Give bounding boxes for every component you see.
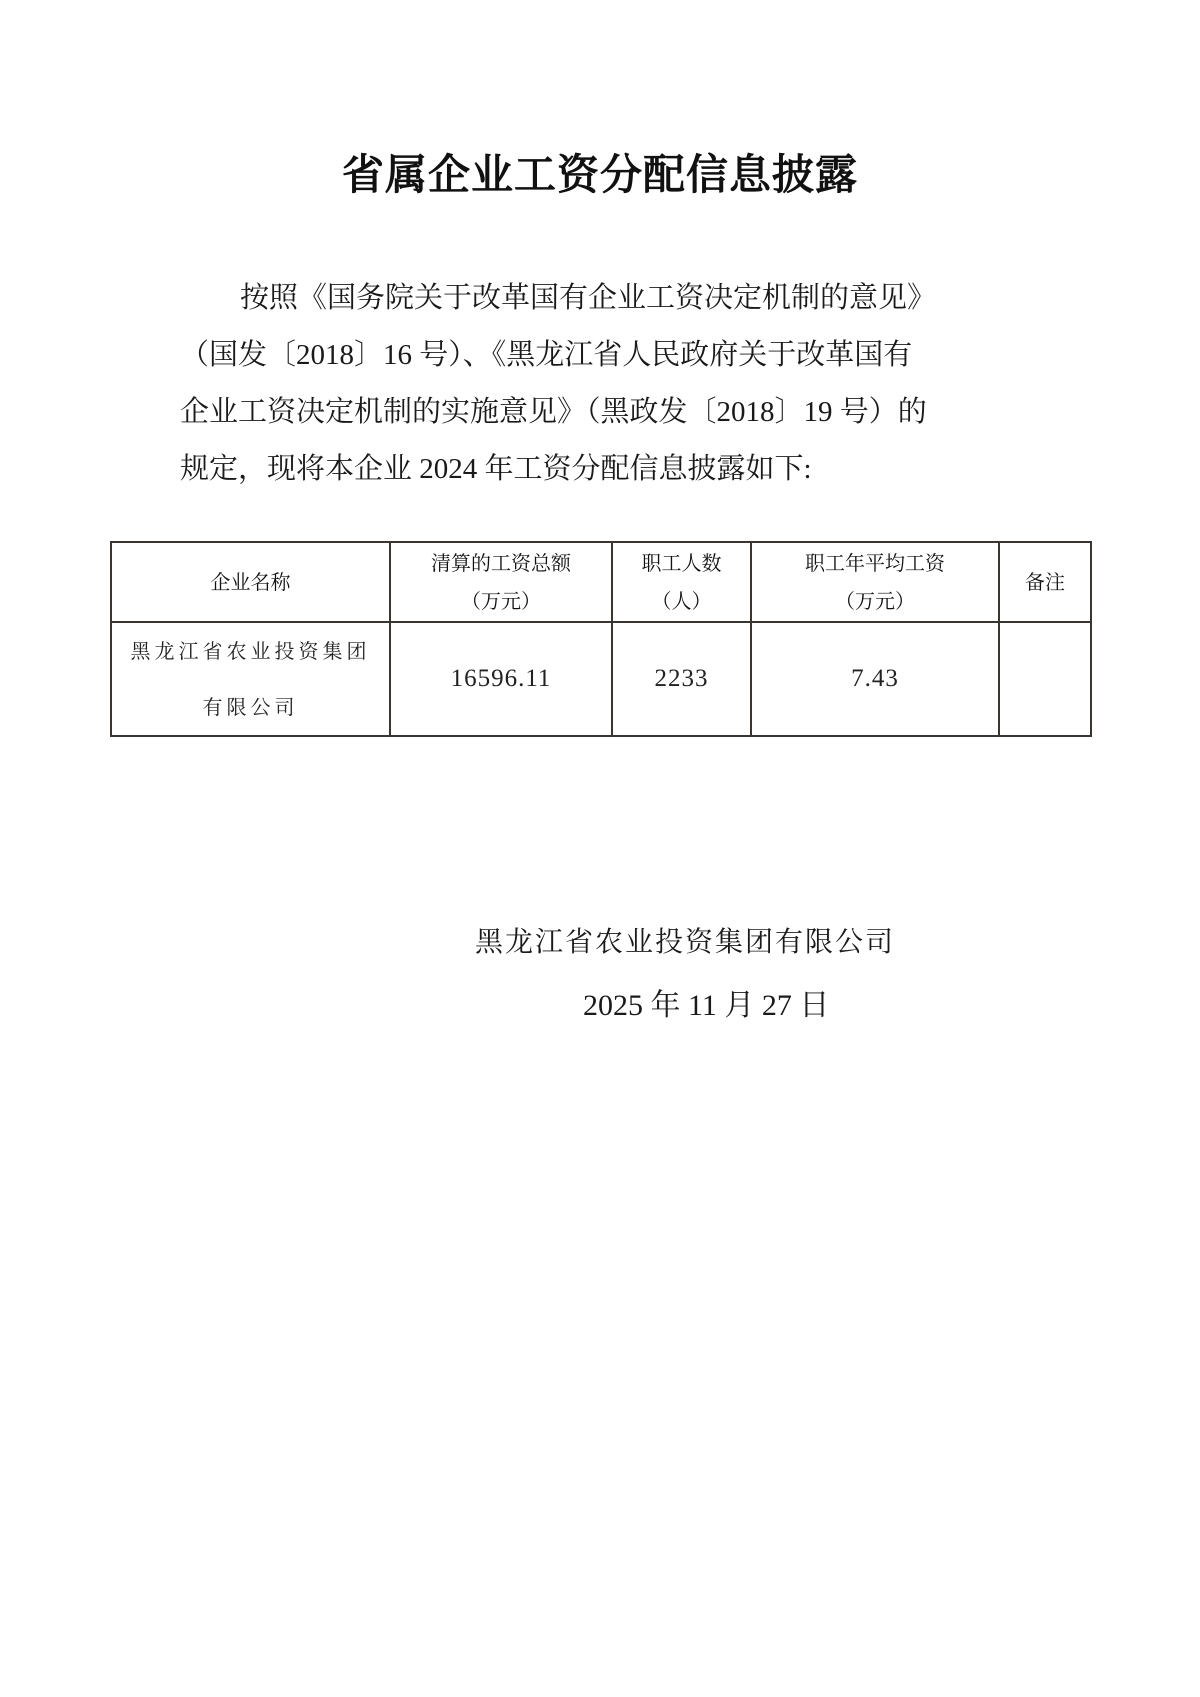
cell-average-wage: 7.43 — [751, 622, 999, 736]
signature-date: 2025 年 11 月 27 日 — [583, 980, 829, 1024]
paragraph-line: 按照《国务院关于改革国有企业工资决定机制的意见》 — [180, 270, 1020, 327]
cell-total-wages: 16596.11 — [390, 622, 612, 736]
intro-paragraph: 按照《国务院关于改革国有企业工资决定机制的意见》 （国发〔2018〕16 号）、… — [180, 270, 1020, 498]
cell-company-name: 黑龙江省农业投资集团 有限公司 — [111, 622, 390, 736]
paragraph-line: （国发〔2018〕16 号）、《黑龙江省人民政府关于改革国有 — [180, 327, 1020, 384]
header-company-name: 企业名称 — [111, 542, 390, 622]
cell-employees: 2233 — [612, 622, 751, 736]
header-employees: 职工人数 （人） — [612, 542, 751, 622]
header-total-wages: 清算的工资总额 （万元） — [390, 542, 612, 622]
paragraph-line: 规定，现将本企业 2024 年工资分配信息披露如下: — [180, 441, 1020, 498]
page-title: 省属企业工资分配信息披露 — [0, 150, 1200, 200]
table-header-row: 企业名称 清算的工资总额 （万元） 职工人数 （人） 职工年平均工资 （万元） … — [111, 542, 1091, 622]
wage-disclosure-table: 企业名称 清算的工资总额 （万元） 职工人数 （人） 职工年平均工资 （万元） … — [110, 541, 1092, 737]
cell-remarks — [999, 622, 1091, 736]
signature-company: 黑龙江省农业投资集团有限公司 — [475, 920, 925, 960]
header-remarks: 备注 — [999, 542, 1091, 622]
table-row: 黑龙江省农业投资集团 有限公司 16596.11 2233 7.43 — [111, 622, 1091, 736]
header-average-wage: 职工年平均工资 （万元） — [751, 542, 999, 622]
paragraph-line: 企业工资决定机制的实施意见》（黑政发〔2018〕19 号）的 — [180, 384, 1020, 441]
